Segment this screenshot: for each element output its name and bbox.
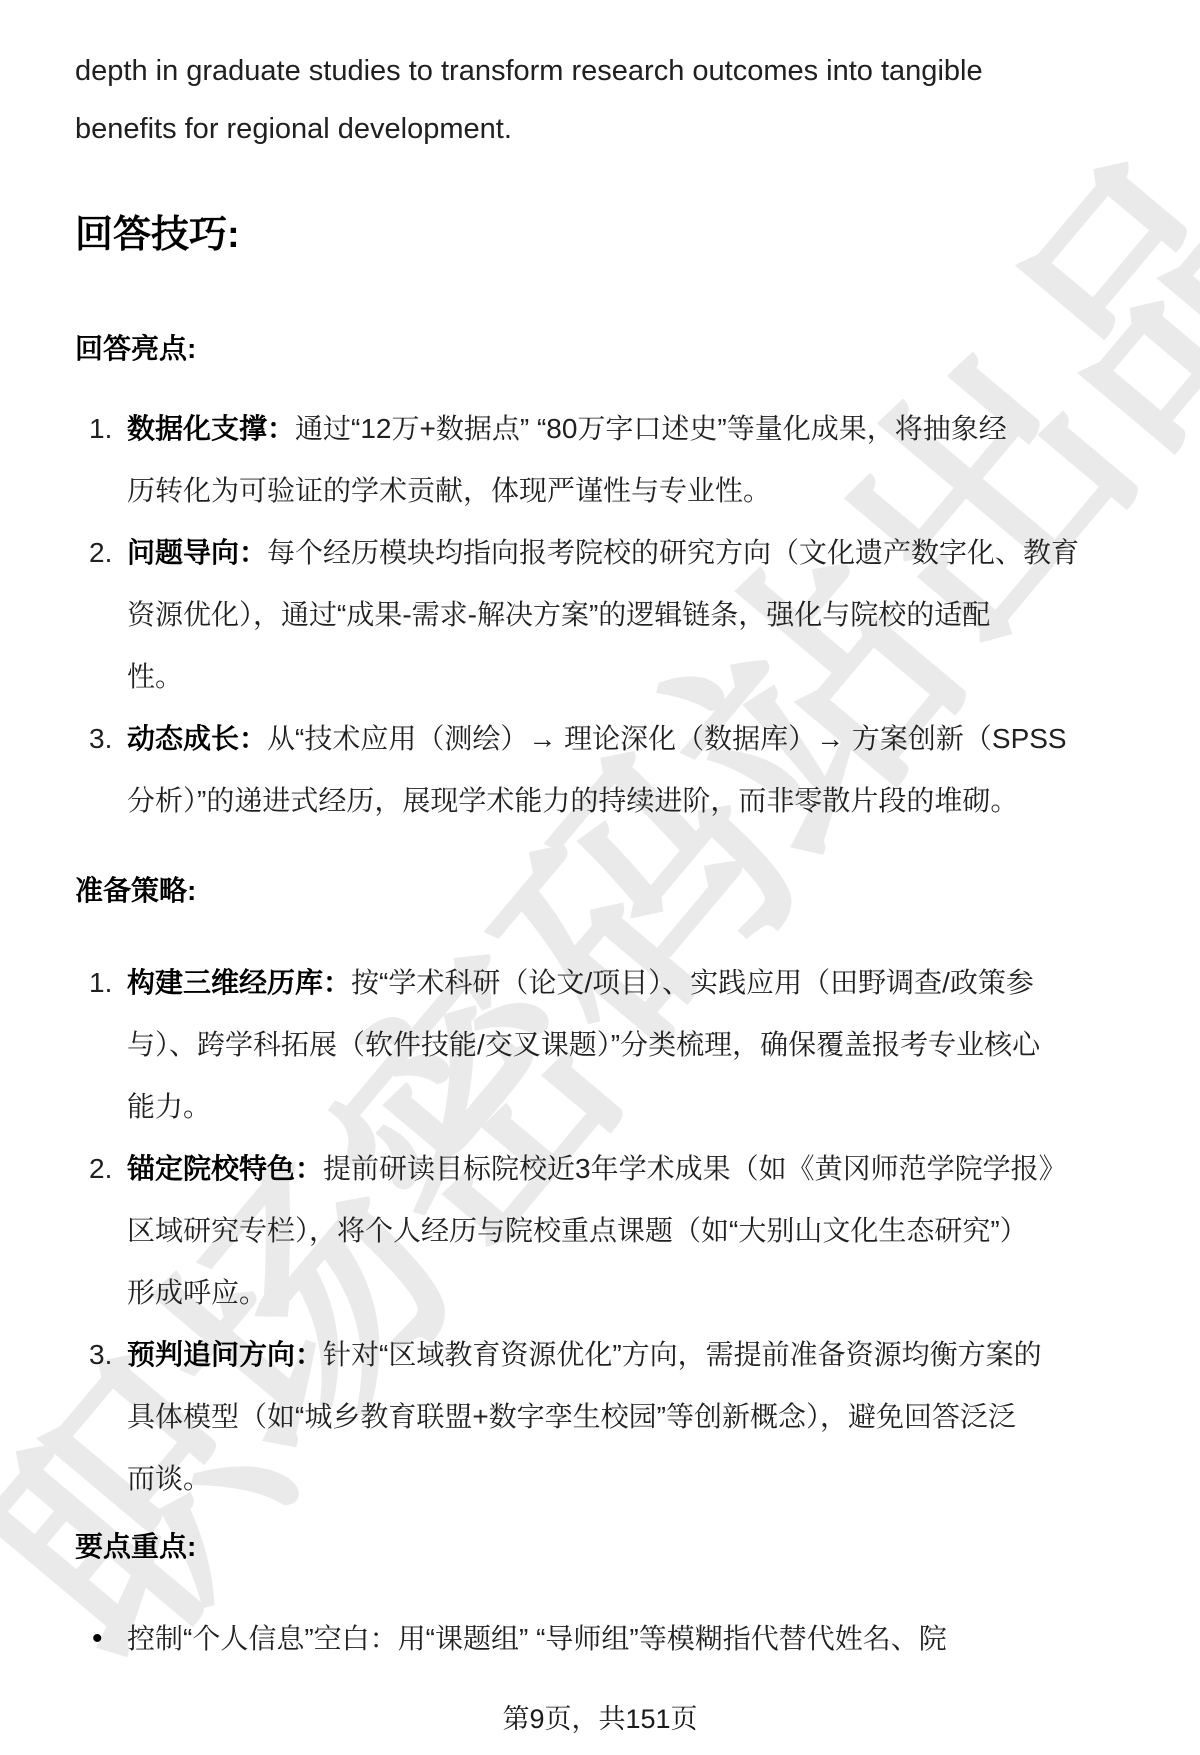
bullet-item: • 控制“个人信息”空白：用“课题组” “导师组”等模糊指代替代姓名、院 <box>75 1608 1125 1670</box>
item-number: 1. <box>89 952 112 1014</box>
keypoints-list: • 控制“个人信息”空白：用“课题组” “导师组”等模糊指代替代姓名、院 <box>75 1608 1125 1670</box>
item-line: 资源优化），通过“成果-需求-解决方案”的逻辑链条，强化与院校的适配 <box>127 584 1125 646</box>
item-line: 历转化为可验证的学术贡献，体现严谨性与专业性。 <box>127 460 1125 522</box>
item-text: 每个经历模块均指向报考院校的研究方向（文化遗产数字化、教育 <box>267 537 1079 568</box>
item-line: 问题导向：每个经历模块均指向报考院校的研究方向（文化遗产数字化、教育 <box>127 522 1125 584</box>
item-text: 按“学术科研（论文/项目）、实践应用（田野调查/政策参 <box>351 967 1034 998</box>
section-heading-answer-skills: 回答技巧: <box>75 210 1125 260</box>
subheading-answer-highlights: 回答亮点: <box>75 328 1125 370</box>
item-line: 形成呼应。 <box>127 1262 1125 1324</box>
list-item: 1. 数据化支撑：通过“12万+数据点” “80万字口述史”等量化成果，将抽象经… <box>75 398 1125 522</box>
item-label: 数据化支撑： <box>127 413 295 444</box>
item-line: 区域研究专栏），将个人经历与院校重点课题（如“大别山文化生态研究”） <box>127 1200 1125 1262</box>
item-number: 2. <box>89 522 112 584</box>
item-label: 动态成长： <box>127 723 267 754</box>
bullet-text: 控制“个人信息”空白：用“课题组” “导师组”等模糊指代替代姓名、院 <box>127 1608 1125 1670</box>
list-item: 2. 问题导向：每个经历模块均指向报考院校的研究方向（文化遗产数字化、教育 资源… <box>75 522 1125 708</box>
item-line: 动态成长：从“技术应用（测绘）→ 理论深化（数据库）→ 方案创新（SPSS <box>127 708 1125 770</box>
item-text: 从“技术应用（测绘）→ 理论深化（数据库）→ 方案创新（SPSS <box>267 723 1067 754</box>
item-number: 3. <box>89 1324 112 1386</box>
item-label: 预判追问方向： <box>127 1339 323 1370</box>
list-item: 3. 预判追问方向：针对“区域教育资源优化”方向，需提前准备资源均衡方案的 具体… <box>75 1324 1125 1510</box>
item-line: 分析）”的递进式经历，展现学术能力的持续进阶，而非零散片段的堆砌。 <box>127 770 1125 832</box>
list-item: 3. 动态成长：从“技术应用（测绘）→ 理论深化（数据库）→ 方案创新（SPSS… <box>75 708 1125 832</box>
item-line: 与）、跨学科拓展（软件技能/交叉课题）”分类梳理，确保覆盖报考专业核心 <box>127 1014 1125 1076</box>
item-label: 构建三维经历库： <box>127 967 351 998</box>
item-line: 数据化支撑：通过“12万+数据点” “80万字口述史”等量化成果，将抽象经 <box>127 398 1125 460</box>
item-number: 3. <box>89 708 112 770</box>
intro-paragraph: depth in graduate studies to transform r… <box>75 42 1125 158</box>
intro-line: benefits for regional development. <box>75 100 1125 158</box>
strategy-list: 1. 构建三维经历库：按“学术科研（论文/项目）、实践应用（田野调查/政策参 与… <box>75 952 1125 1510</box>
item-label: 锚定院校特色： <box>127 1153 323 1184</box>
list-item: 2. 锚定院校特色：提前研读目标院校近3年学术成果（如《黄冈师范学院学报》 区域… <box>75 1138 1125 1324</box>
document-page: 职场密码站出品 depth in graduate studies to tra… <box>0 0 1200 1755</box>
item-line: 预判追问方向：针对“区域教育资源优化”方向，需提前准备资源均衡方案的 <box>127 1324 1125 1386</box>
item-line: 锚定院校特色：提前研读目标院校近3年学术成果（如《黄冈师范学院学报》 <box>127 1138 1125 1200</box>
subheading-key-points: 要点重点: <box>75 1526 1125 1568</box>
item-label: 问题导向： <box>127 537 267 568</box>
item-line: 性。 <box>127 646 1125 708</box>
page-footer: 第9页，共151页 <box>0 1699 1200 1739</box>
list-item: 1. 构建三维经历库：按“学术科研（论文/项目）、实践应用（田野调查/政策参 与… <box>75 952 1125 1138</box>
item-line: 能力。 <box>127 1076 1125 1138</box>
item-line: 而谈。 <box>127 1448 1125 1510</box>
item-text: 针对“区域教育资源优化”方向，需提前准备资源均衡方案的 <box>323 1339 1042 1370</box>
item-number: 1. <box>89 398 112 460</box>
item-number: 2. <box>89 1138 112 1200</box>
page-content: depth in graduate studies to transform r… <box>0 0 1200 1670</box>
item-text: 通过“12万+数据点” “80万字口述史”等量化成果，将抽象经 <box>295 413 1007 444</box>
item-line: 构建三维经历库：按“学术科研（论文/项目）、实践应用（田野调查/政策参 <box>127 952 1125 1014</box>
item-text: 提前研读目标院校近3年学术成果（如《黄冈师范学院学报》 <box>323 1153 1067 1184</box>
item-line: 具体模型（如“城乡教育联盟+数字孪生校园”等创新概念），避免回答泛泛 <box>127 1386 1125 1448</box>
highlights-list: 1. 数据化支撑：通过“12万+数据点” “80万字口述史”等量化成果，将抽象经… <box>75 398 1125 832</box>
intro-line: depth in graduate studies to transform r… <box>75 42 1125 100</box>
bullet-icon: • <box>92 1608 103 1670</box>
subheading-preparation-strategy: 准备策略: <box>75 870 1125 912</box>
